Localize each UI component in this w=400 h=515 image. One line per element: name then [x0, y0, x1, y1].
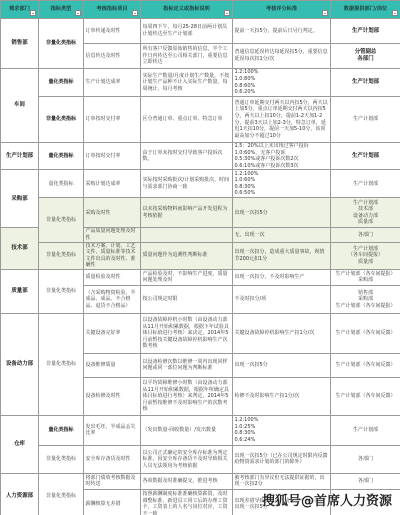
cell-definition: （发出数量-回收数量）/发出数量	[141, 415, 233, 445]
cell-definition: 实际生产数量/月度计划生产数量，不按计划生产品种不计入实际生产数量，每周统计，每…	[141, 69, 233, 97]
cell-scoring: 普通信息延误传达每延误扣5分，重要信息延误每次扣1分/次	[233, 44, 331, 69]
filter-dropdown-icon[interactable]	[392, 10, 398, 16]
cell-definition: 各项数据及时准确提交，推进考核	[141, 473, 233, 489]
col-header-scoring: 考核评分标准	[233, 1, 331, 19]
table-row: 设备动力部非量化类指标关键设备完好率以设备故障停机小时数（由设备动力部从11月开…	[1, 313, 400, 353]
filter-dropdown-icon[interactable]	[75, 10, 81, 16]
cell-source: 销售部采购部生产计划部（各车间提报）	[331, 285, 400, 313]
cell-dept: 仓库	[1, 415, 39, 473]
cell-source: 生产计划部	[331, 19, 400, 44]
cell-definition: 以未按采购物料而影响产品开发进程为考核依据	[141, 198, 233, 228]
header-row: 需求部门 指标类型 考核指标项目 指标定义或指标说明 考核评分标准 数据提供部门…	[1, 1, 400, 19]
cell-scoring: 关键设备故障停机影响生产扣1分/次	[233, 313, 331, 353]
cell-item: 技术方案、计划、工艺文件、质量标准等技术文件出具的及时性、准确性	[84, 242, 141, 269]
table-body: 销售部非量化类指标订单传递及时性每周四下午，每月25-28日前两计划员计划传达至…	[1, 19, 400, 515]
cell-dept: 采购部	[1, 170, 39, 228]
cell-source: 各部门	[331, 473, 400, 489]
cell-source: 生产计划部（各车间反馈）	[331, 313, 400, 353]
cell-scoring: 无，出现一次	[233, 228, 331, 242]
cell-item: 采购计划达成率	[84, 170, 141, 198]
filter-dropdown-icon[interactable]	[30, 10, 36, 16]
cell-definition: 以设备检修次数以维修一周内出现同样问题或同一部位问题为判断标准	[141, 353, 233, 377]
cell-source: 生产计划部（各车间提报）质量部	[331, 242, 400, 269]
cell-type: 非量化类指标	[39, 445, 84, 473]
table-row: 非量化类指标订单按时交付率区分普通订单、重点订单、特急订单普通订单延期交付两天以…	[1, 97, 400, 143]
cell-item: 设备检修及时性	[84, 377, 141, 415]
cell-scoring: 1.5：20%以上未出现过客户投诉1.0:60%，无客户投诉0.5:30%或客户…	[233, 143, 331, 170]
table-row: 车间量化类指标生产计划达成率实际生产数量/月度计划生产数量，不按计划生产品种不计…	[1, 69, 400, 97]
cell-definition: 以平均故障维修小时数（由设备动力部从11月开始积累数据，根据年所确定具体目标值进…	[141, 377, 233, 415]
table-row: 销售部非量化类指标订单传递及时性每周四下午，每月25-28日前两计划员计划传达至…	[1, 19, 400, 44]
cell-type: 量化类指标	[39, 170, 84, 198]
cell-type: 量化类指标	[39, 69, 84, 97]
table-row: 人力资源部非量化类指标将部门绩效考核数据及时传送各项数据及时准确提交，推进考核被…	[1, 473, 400, 489]
cell-source: 生产计划部	[331, 170, 400, 198]
cell-type: 非量化类指标	[39, 198, 84, 242]
cell-type: 量化类指标	[39, 415, 84, 445]
kpi-table: 需求部门 指标类型 考核指标项目 指标定义或指标说明 考核评分标准 数据提供部门…	[0, 0, 400, 515]
cell-item: 薪酬核算无差错	[84, 489, 141, 515]
cell-dept: 生产计划部	[1, 143, 39, 170]
cell-scoring: 被考核部门有异议但无法提供证据的，出现一次扣2分	[233, 473, 331, 489]
cell-source: 分管副总各部门	[331, 44, 400, 69]
cell-item: 订单按时交付率	[84, 143, 141, 170]
cell-source: 生产计划部	[331, 69, 400, 97]
cell-source: 生产计划部	[331, 97, 400, 143]
cell-definition: 由于订单未按时交付导致客户投诉次数。	[141, 143, 233, 170]
cell-item: 信息传达及时性	[84, 44, 141, 69]
table-row: 采购部量化类指标采购计划达成率实际按时采购批次/计划采购批次，时间与需求部门协商…	[1, 170, 400, 198]
cell-item: 生产计划达成率	[84, 69, 141, 97]
col-header-type: 指标类型	[39, 1, 84, 19]
filter-dropdown-icon[interactable]	[132, 10, 138, 16]
cell-definition: 实际按时采购批次/计划采购批次，时间与需求部门协商一致	[141, 170, 233, 198]
cell-scoring: 出现一次扣5分	[233, 198, 331, 228]
cell-type: 非量化类指标	[39, 242, 84, 269]
cell-item: 设备维修质量	[84, 353, 141, 377]
cell-scoring: 出现一次扣分，造成重大质量事故，视情节200元扣1分	[233, 242, 331, 269]
cell-source: 生产计划部	[331, 415, 400, 445]
cell-scoring: 检修不及时影响生产扣1分/次	[233, 377, 331, 415]
cell-definition: 以设备故障停机小时数（由设备动力部从11月开始积累数据，根据下年试验具体目标值进…	[141, 313, 233, 353]
cell-item: 安全库存备货及时性	[84, 445, 141, 473]
col-header-dept: 需求部门	[1, 1, 39, 19]
cell-type: 量化类指标	[39, 143, 84, 170]
cell-scoring: 出现一次扣5分	[233, 353, 331, 377]
cell-definition: 每周四下午，每月25-28日前两计划员计划传达至生产计划部	[141, 19, 233, 44]
watermark: 搜狐号@首席人力资源	[262, 490, 392, 509]
cell-definition: 产品检验及时，不影响生产进度，质量问题处理及时	[141, 269, 233, 285]
cell-item: 将部门绩效考核数据及时传送	[84, 473, 141, 489]
cell-item: （含采购物资检验、半成品、成品、不合格品、退货不合格品）	[84, 285, 141, 313]
cell-item: 关键设备完好率	[84, 313, 141, 353]
table-row: 非量化类指标安全库存备货及时性以公司正式确定的安全库存标准为判定标准，因安全库存…	[1, 445, 400, 473]
cell-definition: 按公司规定时限	[141, 285, 233, 313]
col-header-item: 考核指标项目	[84, 1, 141, 19]
cell-definition: 以公司正式确定的安全库存标准为判定标准，因安全库存备货不及时导致相关人员无法领用…	[141, 445, 233, 473]
cell-item: 订单传递及时性	[84, 19, 141, 44]
table-row: 生产计划部量化类指标订单按时交付率由于订单未按时交付导致客户投诉次数。1.5：2…	[1, 143, 400, 170]
cell-type: 非量化类指标	[39, 473, 84, 515]
cell-definition	[141, 228, 233, 242]
cell-scoring: 1.2:100%1.0:60%0.8:30%0.6:50%	[233, 170, 331, 198]
cell-item: 发出毛坯、半成品丢失比率	[84, 415, 141, 445]
cell-scoring: 提前一天扣5分，提前后日另行判定。	[233, 19, 331, 44]
cell-scoring: 出现一次扣5分（已在公司规定时限内反馈给物资需求计划的部门的除外）	[233, 445, 331, 473]
cell-scoring: 不及时扣分/项	[233, 285, 331, 313]
filter-dropdown-icon[interactable]	[224, 10, 230, 16]
cell-source: 生产计划部（各车间反馈）	[331, 377, 400, 415]
cell-dept: 销售部	[1, 19, 39, 69]
cell-item: 采购及时性	[84, 198, 141, 228]
cell-source: 各部门	[331, 445, 400, 473]
cell-dept: 人力资源部	[1, 473, 39, 515]
cell-type: 非量化类指标	[39, 19, 84, 69]
table-row: 非量化类指标采购及时性以未按采购物料而影响产品开发进程为考核依据出现一次扣5分生…	[1, 198, 400, 228]
cell-definition: 按照薪酬制度标准准确核算薪资，及时调整标准，新进员工用工后的办理工资卡，工资表上…	[141, 489, 233, 515]
cell-type: 非量化类指标	[39, 97, 84, 143]
cell-dept: 设备动力部	[1, 313, 39, 415]
cell-type: 非量化类指标	[39, 313, 84, 415]
filter-dropdown-icon[interactable]	[322, 10, 328, 16]
table-row: 仓库量化类指标发出毛坯、半成品丢失比率（发出数量-回收数量）/发出数量1.2:1…	[1, 415, 400, 445]
cell-dept: 质量部	[1, 269, 39, 313]
table-row: 非量化类指标技术方案、计划、工艺文件、质量标准等技术文件出具的及时性、准确性质量…	[1, 242, 400, 269]
cell-definition: 所有客户反馈原始销售的信息，半个工作日内传达至公司相关部门，重要信息立即传达	[141, 44, 233, 69]
cell-source: 生产计划部（各车间提报）采购部	[331, 269, 400, 285]
cell-scoring: 1.2:100%1.0:25%0.8:30%0.6:24%	[233, 415, 331, 445]
col-header-definition: 指标定义或指标说明	[141, 1, 233, 19]
cell-dept: 车间	[1, 69, 39, 143]
cell-item: 质量检验及时性	[84, 269, 141, 285]
cell-dept: 技术部	[1, 228, 39, 270]
cell-definition: 区分普通订单、重点订单、特急订单	[141, 97, 233, 143]
cell-scoring: 出现一次扣分，不及时影响生产	[233, 269, 331, 285]
cell-type: 非量化类指标	[39, 269, 84, 313]
col-header-source: 数据提供部门/岗位	[331, 1, 400, 19]
cell-source: 生产计划部	[331, 143, 400, 170]
cell-item: 产品质量问题处理及时性	[84, 228, 141, 242]
cell-scoring: 普通订单延期交付两天以内扣5分，两天以上加5分，重点订单延期交付两天以内扣5分，…	[233, 97, 331, 143]
cell-definition: 质量问题作为追溯性判断标准	[141, 242, 233, 269]
cell-source: 生产计划部（各车间反馈）	[331, 353, 400, 377]
cell-source: 生产计划部技术部设备动力部质量部	[331, 198, 400, 228]
cell-item: 订单按时交付率	[84, 97, 141, 143]
cell-scoring: 1.2:100%1.0:80%0.8:60%0.6:20%	[233, 69, 331, 97]
cell-source: 各部门	[331, 228, 400, 242]
table-row: 质量部非量化类指标质量检验及时性产品检验及时，不影响生产进度，质量问题处理及时出…	[1, 269, 400, 285]
